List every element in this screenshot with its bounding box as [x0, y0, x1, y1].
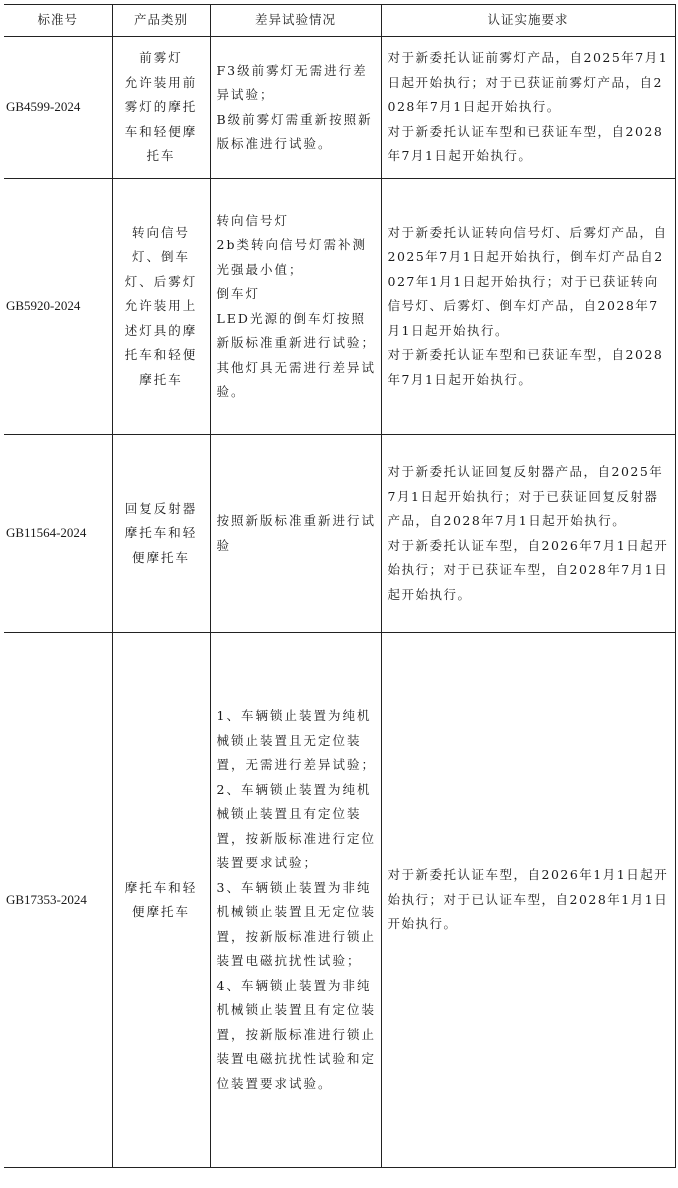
- category-line: 雾灯的摩托: [117, 95, 206, 120]
- header-difference: 差异试验情况: [210, 5, 381, 37]
- difference-test: 1、车辆锁止装置为纯机械锁止装置且无定位装置，无需进行差异试验； 2、车辆锁止装…: [210, 633, 381, 1168]
- category-line: 回复反射器: [117, 497, 206, 522]
- difference-paragraph: B级前雾灯需重新按照新版标准进行试验。: [217, 108, 377, 157]
- standard-number: GB11564-2024: [4, 435, 112, 633]
- table-row: GB11564-2024 回复反射器 摩托车和轻 便摩托车 按照新版标准重新进行…: [4, 435, 675, 633]
- requirement-paragraph: 对于新委托认证转向信号灯、后雾灯产品，自2025年7月1日起开始执行，倒车灯产品…: [388, 221, 671, 344]
- requirement-paragraph: 对于新委托认证车型，自2026年1月1日起开始执行；对于已认证车型，自2028年…: [388, 863, 671, 937]
- difference-paragraph: 2b类转向信号灯需补测光强最小值；: [217, 233, 377, 282]
- category-line: 允许装用上: [117, 294, 206, 319]
- category-line: 灯、倒车: [117, 245, 206, 270]
- certification-requirement: 对于新委托认证前雾灯产品，自2025年7月1日起开始执行；对于已获证前雾灯产品，…: [381, 37, 675, 179]
- difference-paragraph: LED光源的倒车灯按照新版标准重新进行试验；: [217, 307, 377, 356]
- requirement-paragraph: 对于新委托认证车型和已获证车型，自2028年7月1日起开始执行。: [388, 120, 671, 169]
- certification-requirement: 对于新委托认证车型，自2026年1月1日起开始执行；对于已认证车型，自2028年…: [381, 633, 675, 1168]
- standard-number: GB4599-2024: [4, 37, 112, 179]
- difference-test: 转向信号灯 2b类转向信号灯需补测光强最小值； 倒车灯 LED光源的倒车灯按照新…: [210, 179, 381, 435]
- category-line: 托车: [117, 144, 206, 169]
- category-line: 托车和轻便: [117, 343, 206, 368]
- requirement-paragraph: 对于新委托认证车型和已获证车型，自2028年7月1日起开始执行。: [388, 343, 671, 392]
- difference-paragraph: 按照新版标准重新进行试验: [217, 509, 377, 558]
- table-header-row: 标准号 产品类别 差异试验情况 认证实施要求: [4, 5, 675, 37]
- category-line: 便摩托车: [117, 546, 206, 571]
- category-line: 转向信号: [117, 221, 206, 246]
- category-line: 摩托车: [117, 368, 206, 393]
- category-line: 允许装用前: [117, 71, 206, 96]
- difference-test: 按照新版标准重新进行试验: [210, 435, 381, 633]
- difference-paragraph: F3级前雾灯无需进行差异试验；: [217, 59, 377, 108]
- category-line: 摩托车和轻: [117, 521, 206, 546]
- header-standard: 标准号: [4, 5, 112, 37]
- certification-requirement: 对于新委托认证转向信号灯、后雾灯产品，自2025年7月1日起开始执行，倒车灯产品…: [381, 179, 675, 435]
- difference-paragraph: 2、车辆锁止装置为纯机械锁止装置且有定位装置，按新版标准进行定位装置要求试验；: [217, 778, 377, 876]
- product-category: 前雾灯 允许装用前 雾灯的摩托 车和轻便摩 托车: [112, 37, 210, 179]
- difference-paragraph: 其他灯具无需进行差异试验。: [217, 356, 377, 405]
- category-line: 车和轻便摩: [117, 120, 206, 145]
- product-category: 摩托车和轻 便摩托车: [112, 633, 210, 1168]
- standard-number: GB17353-2024: [4, 633, 112, 1168]
- product-category: 转向信号 灯、倒车 灯、后雾灯 允许装用上 述灯具的摩 托车和轻便 摩托车: [112, 179, 210, 435]
- requirement-paragraph: 对于新委托认证前雾灯产品，自2025年7月1日起开始执行；对于已获证前雾灯产品，…: [388, 46, 671, 120]
- difference-paragraph: 4、车辆锁止装置为非纯机械锁止装置且有定位装置，按新版标准进行锁止装置电磁抗扰性…: [217, 974, 377, 1097]
- product-category: 回复反射器 摩托车和轻 便摩托车: [112, 435, 210, 633]
- requirement-paragraph: 对于新委托认证回复反射器产品，自2025年7月1日起开始执行；对于已获证回复反射…: [388, 460, 671, 534]
- certification-requirement: 对于新委托认证回复反射器产品，自2025年7月1日起开始执行；对于已获证回复反射…: [381, 435, 675, 633]
- difference-paragraph: 3、车辆锁止装置为非纯机械锁止装置且无定位装置，按新版标准进行锁止装置电磁抗扰性…: [217, 876, 377, 974]
- difference-test: F3级前雾灯无需进行差异试验； B级前雾灯需重新按照新版标准进行试验。: [210, 37, 381, 179]
- certification-table: 标准号 产品类别 差异试验情况 认证实施要求 GB4599-2024 前雾灯 允…: [4, 4, 676, 1168]
- category-line: 便摩托车: [117, 900, 206, 925]
- table-row: GB5920-2024 转向信号 灯、倒车 灯、后雾灯 允许装用上 述灯具的摩 …: [4, 179, 675, 435]
- header-requirement: 认证实施要求: [381, 5, 675, 37]
- table-row: GB4599-2024 前雾灯 允许装用前 雾灯的摩托 车和轻便摩 托车 F3级…: [4, 37, 675, 179]
- difference-paragraph: 1、车辆锁止装置为纯机械锁止装置且无定位装置，无需进行差异试验；: [217, 704, 377, 778]
- category-line: 灯、后雾灯: [117, 270, 206, 295]
- difference-paragraph: 转向信号灯: [217, 209, 377, 234]
- category-line: 前雾灯: [117, 46, 206, 71]
- category-line: 述灯具的摩: [117, 319, 206, 344]
- category-line: 摩托车和轻: [117, 876, 206, 901]
- difference-paragraph: 倒车灯: [217, 282, 377, 307]
- requirement-paragraph: 对于新委托认证车型，自2026年7月1日起开始执行；对于已获证车型，自2028年…: [388, 534, 671, 608]
- table-row: GB17353-2024 摩托车和轻 便摩托车 1、车辆锁止装置为纯机械锁止装置…: [4, 633, 675, 1168]
- standard-number: GB5920-2024: [4, 179, 112, 435]
- header-category: 产品类别: [112, 5, 210, 37]
